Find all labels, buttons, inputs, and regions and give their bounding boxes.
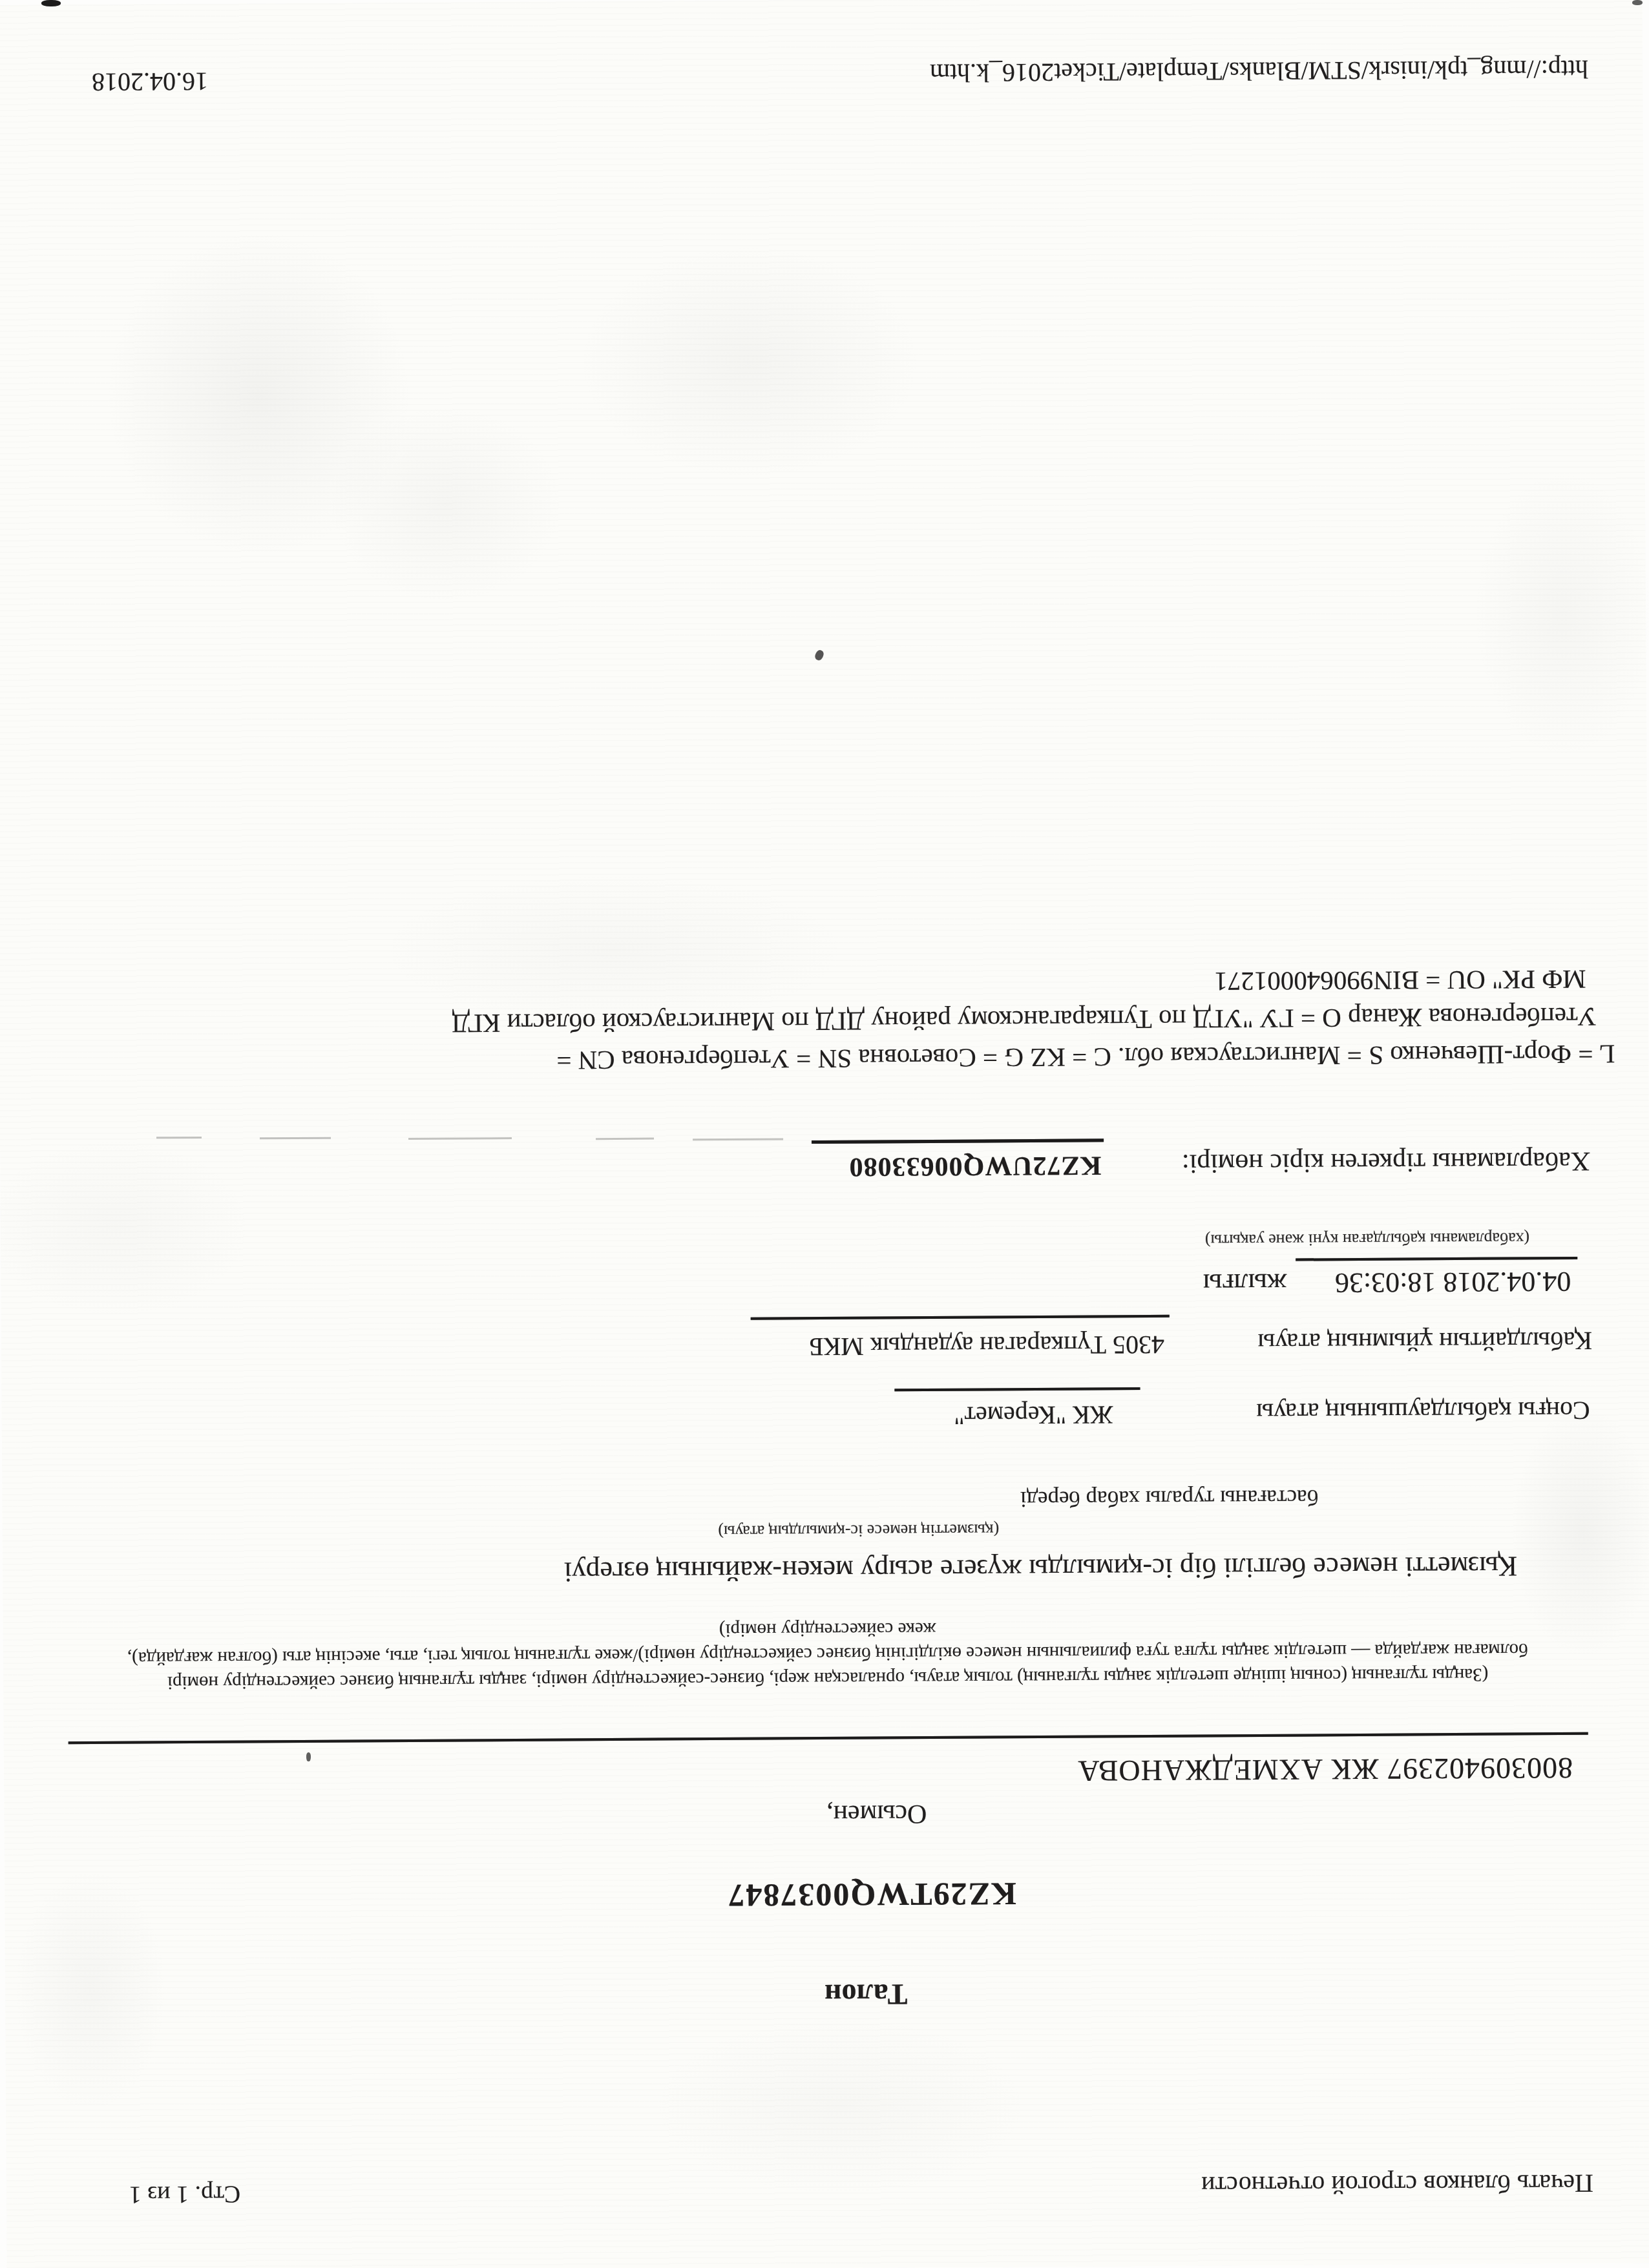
scanned-document: Печать бланков строгой отчетности Стр. 1… xyxy=(0,0,1649,2268)
print-header-page-number: Стр. 1 из 1 xyxy=(129,2180,241,2209)
scan-dash-artifact xyxy=(408,1137,512,1140)
accepted-datetime-underline xyxy=(1296,1257,1577,1261)
scan-dash-artifact xyxy=(156,1137,202,1139)
notice-statement: бастағаны туралы хабар береді xyxy=(1020,1484,1319,1512)
signature-line-2: Утепбергенова Жанар O = ГУ "УГД по Тупка… xyxy=(452,998,1597,1043)
print-header-title: Печать бланков строгой отчетности xyxy=(1201,2168,1593,2201)
authority-value: 4305 Түпкараган аудандык МКБ xyxy=(809,1330,1165,1362)
accepted-datetime: 04.04.2018 18:03:36 xyxy=(1335,1265,1571,1299)
authority-label: Қабылдайтын ұйымның атауы xyxy=(1257,1326,1592,1358)
scan-speck xyxy=(41,0,61,6)
scan-dash-artifact xyxy=(596,1138,654,1140)
authority-underline xyxy=(751,1315,1170,1320)
activity-caption: (қызметтің немесе іс-қимылдың атауы) xyxy=(691,1520,1027,1541)
scan-speck xyxy=(306,1752,311,1761)
scan-dash-artifact xyxy=(693,1138,783,1140)
recipient-value: ЖК "Керемет" xyxy=(954,1400,1113,1431)
accepted-datetime-suffix: жылғы xyxy=(1203,1267,1287,1301)
scanned-page: Печать бланков строгой отчетности Стр. 1… xyxy=(0,0,1649,2268)
ticket-number: KZ29TWQ0037847 xyxy=(90,1871,1649,1918)
signature-line-3: МФ РК" OU = BIN990640001271 xyxy=(1214,961,1586,1001)
registration-underline xyxy=(812,1139,1104,1144)
recipient-label: Соңғы қабылдаушының атауы xyxy=(1256,1396,1590,1428)
scan-speck xyxy=(1632,0,1643,5)
registration-number: KZ72UWQ00633080 xyxy=(848,1150,1101,1182)
recipient-underline xyxy=(894,1387,1140,1391)
salutation: Осымен, xyxy=(826,1798,927,1830)
signature-line-1: L = Форт-Шевченко S = Мангистауская обл.… xyxy=(556,1036,1615,1080)
applicant-underline xyxy=(68,1732,1588,1744)
accepted-datetime-caption: (хабарламаны қабылдаған күні және уақыты… xyxy=(1180,1228,1555,1250)
print-footer-url: http://mng_tpk/inisrk/STM/Blanks/Templat… xyxy=(930,54,1588,89)
print-footer-date: 16.04.2018 xyxy=(92,67,208,98)
applicant-name: 800309402397 ЖК АХМЕДЖАНОВА xyxy=(1077,1751,1573,1789)
document-title: Талон xyxy=(78,1973,1649,2017)
activity-statement: Қызметті немесе белгілі бір іс-қимылды ж… xyxy=(564,1549,1518,1588)
registration-label: Хабарламаны тіркеген кіріс нөмірі: xyxy=(1182,1146,1591,1179)
scan-dash-artifact xyxy=(260,1137,331,1140)
